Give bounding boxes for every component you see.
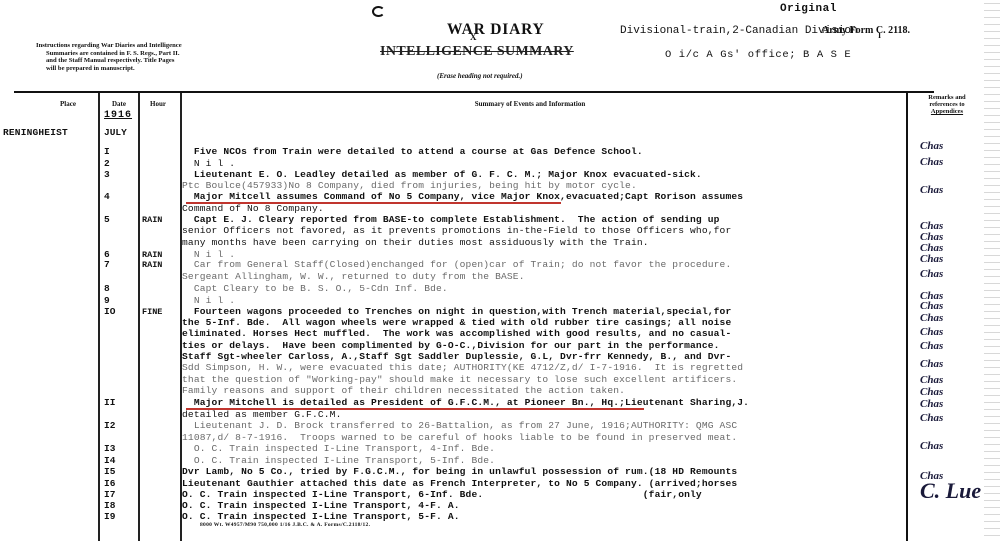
date-cell: I (104, 146, 128, 157)
summary-line: O. C. Train inspected I-Line Transport, … (182, 489, 702, 500)
diary-month: JULY (104, 127, 127, 138)
remark-initials: Chas (920, 340, 943, 352)
remark-initials: Chas (920, 156, 943, 168)
hour-weather-cell: RAIN (142, 260, 162, 270)
date-cell: 9 (104, 295, 128, 306)
remark-initials: Chas (920, 253, 943, 265)
army-form-sub: I (878, 31, 881, 40)
summary-line: Capt E. J. Cleary reported from BASE-to … (182, 214, 720, 225)
column-header-remarks: Remarks and references to Appendices (911, 94, 983, 116)
remark-initials: Chas (920, 440, 943, 452)
summary-line: that the question of "Working-pay" shoul… (182, 374, 737, 385)
summary-line: Car from General Staff(Closed)enchanged … (182, 259, 731, 270)
summary-line: Major Mitchell is detailed as President … (182, 397, 749, 408)
red-pencil-underline (186, 202, 561, 204)
column-header-date: Date (104, 100, 134, 108)
date-cell: I6 (104, 478, 128, 489)
hour-weather-cell: RAIN (142, 250, 162, 260)
summary-line: O. C. Train inspected I-Line Transport, … (182, 455, 495, 466)
summary-line: O. C. Train inspected I-Line Transport, … (182, 511, 460, 522)
date-cell: 3 (104, 169, 128, 180)
remark-initials: Chas (920, 358, 943, 370)
summary-line: Staff Sgt-wheeler Carloss, A.,Staff Sgt … (182, 351, 731, 362)
summary-line: N i l . (182, 295, 235, 306)
remark-initials: Chas (920, 268, 943, 280)
date-cell: I8 (104, 500, 128, 511)
summary-line: eliminated. Horses Hect muffled. The wor… (182, 328, 731, 339)
torn-page-edge (984, 0, 1000, 541)
column-header-place: Place (38, 100, 98, 108)
column-divider (138, 93, 140, 541)
summary-line: many months have been carrying on their … (182, 237, 649, 248)
column-divider (906, 93, 908, 541)
hour-weather-cell: FINE (142, 307, 162, 317)
summary-line: the 5-Inf. Bde. All wagon wheels were wr… (182, 317, 731, 328)
intelligence-summary-heading: INTELLIGENCE SUMMARY (380, 44, 574, 60)
date-cell: I7 (104, 489, 128, 500)
remark-initials: Chas (920, 412, 943, 424)
document-title: WAR DIARY (447, 21, 545, 39)
summary-line: O. C. Train inspected I-Line Transport, … (182, 443, 495, 454)
date-cell: I4 (104, 455, 128, 466)
summary-line: Sergeant Allingham, W. W., returned to d… (182, 271, 525, 282)
remark-initials: Chas (920, 386, 943, 398)
instructions-line: Summaries are contained in F. S. Regs., … (36, 50, 276, 58)
instructions-line: and the Staff Manual respectively. Title… (36, 57, 276, 65)
summary-line: O. C. Train inspected I-Line Transport, … (182, 500, 460, 511)
paperclip-mark-icon (372, 6, 385, 17)
date-cell: 4 (104, 191, 128, 202)
hour-weather-cell: RAIN (142, 215, 162, 225)
remark-initials: Chas (920, 326, 943, 338)
summary-line: Fourteen wagons proceeded to Trenches on… (182, 306, 731, 317)
red-pencil-underline (186, 408, 644, 410)
column-header-hour: Hour (143, 100, 173, 108)
remark-initials: Chas (920, 398, 943, 410)
place-name: RENINGHEIST (3, 127, 68, 138)
summary-line: 11087,d/ 8-7-1916. Troops warned to be c… (182, 432, 737, 443)
summary-line: Lieutenant Gauthier attached this date a… (182, 478, 737, 489)
table-top-rule (14, 91, 934, 93)
remarks-header-line: Appendices (911, 108, 983, 115)
instructions-line: Instructions regarding War Diaries and I… (36, 42, 276, 50)
date-cell: II (104, 397, 128, 408)
summary-line: Ptc Boulce(457933)No 8 Company, died fro… (182, 180, 637, 191)
summary-line: Lieutenant J. D. Brock transferred to 26… (182, 420, 737, 431)
date-cell: I2 (104, 420, 128, 431)
summary-line: Capt Cleary to be B. S. O., 5-Cdn Inf. B… (182, 283, 448, 294)
column-header-summary: Summary of Events and Information (400, 100, 660, 108)
summary-line: Dvr Lamb, No 5 Co., tried by F.G.C.M., f… (182, 466, 737, 477)
instructions-line: will be prepared in manuscript. (36, 65, 276, 73)
remark-initials: Chas (920, 140, 943, 152)
date-cell: 2 (104, 158, 128, 169)
summary-line: detailed as member G.F.C.M. (182, 409, 342, 420)
summary-line: Family reasons and support of their chil… (182, 385, 625, 396)
strike-mark: X (470, 32, 477, 42)
army-form-number: Army Form C. 2118. (822, 25, 910, 36)
summary-line: Major Mitcell assumes Command of No 5 Co… (182, 191, 743, 202)
column-divider (98, 93, 100, 541)
original-stamp: Original (780, 3, 837, 15)
date-cell: I5 (104, 466, 128, 477)
summary-line: senior Officers not favored, as it preve… (182, 225, 731, 236)
instructions-note: Instructions regarding War Diaries and I… (36, 42, 276, 72)
summary-line: Sdd Simpson, H. W., were evacuated this … (182, 362, 743, 373)
remark-initials: Chas (920, 184, 943, 196)
diary-year: 1916 (104, 110, 132, 121)
summary-line: N i l . (182, 158, 235, 169)
date-cell: 8 (104, 283, 128, 294)
date-cell: 7 (104, 259, 128, 270)
date-cell: IO (104, 306, 128, 317)
remarks-header-line: references to (911, 101, 983, 108)
date-cell: I9 (104, 511, 128, 522)
erase-heading-note: (Erase heading not required.) (437, 72, 523, 80)
office-location: O i/c A Gs' office; B A S E (665, 49, 851, 61)
remark-initials: Chas (920, 312, 943, 324)
summary-line: ties or delays. Have been complimented b… (182, 340, 720, 351)
printer-footer: 8000 Wt. W4957/M90 750,000 1/16 J.B.C. &… (200, 522, 370, 528)
date-cell: 5 (104, 214, 128, 225)
summary-line: Five NCOs from Train were detailed to at… (182, 146, 643, 157)
remarks-header-line: Remarks and (911, 94, 983, 101)
date-cell: I3 (104, 443, 128, 454)
remark-initials: Chas (920, 374, 943, 386)
officer-signature: C. Lue (920, 478, 981, 504)
summary-line: Lieutenant E. O. Leadley detailed as mem… (182, 169, 702, 180)
summary-line: Command of No 8 Company. (182, 203, 324, 214)
remark-initials: Chas (920, 300, 943, 312)
